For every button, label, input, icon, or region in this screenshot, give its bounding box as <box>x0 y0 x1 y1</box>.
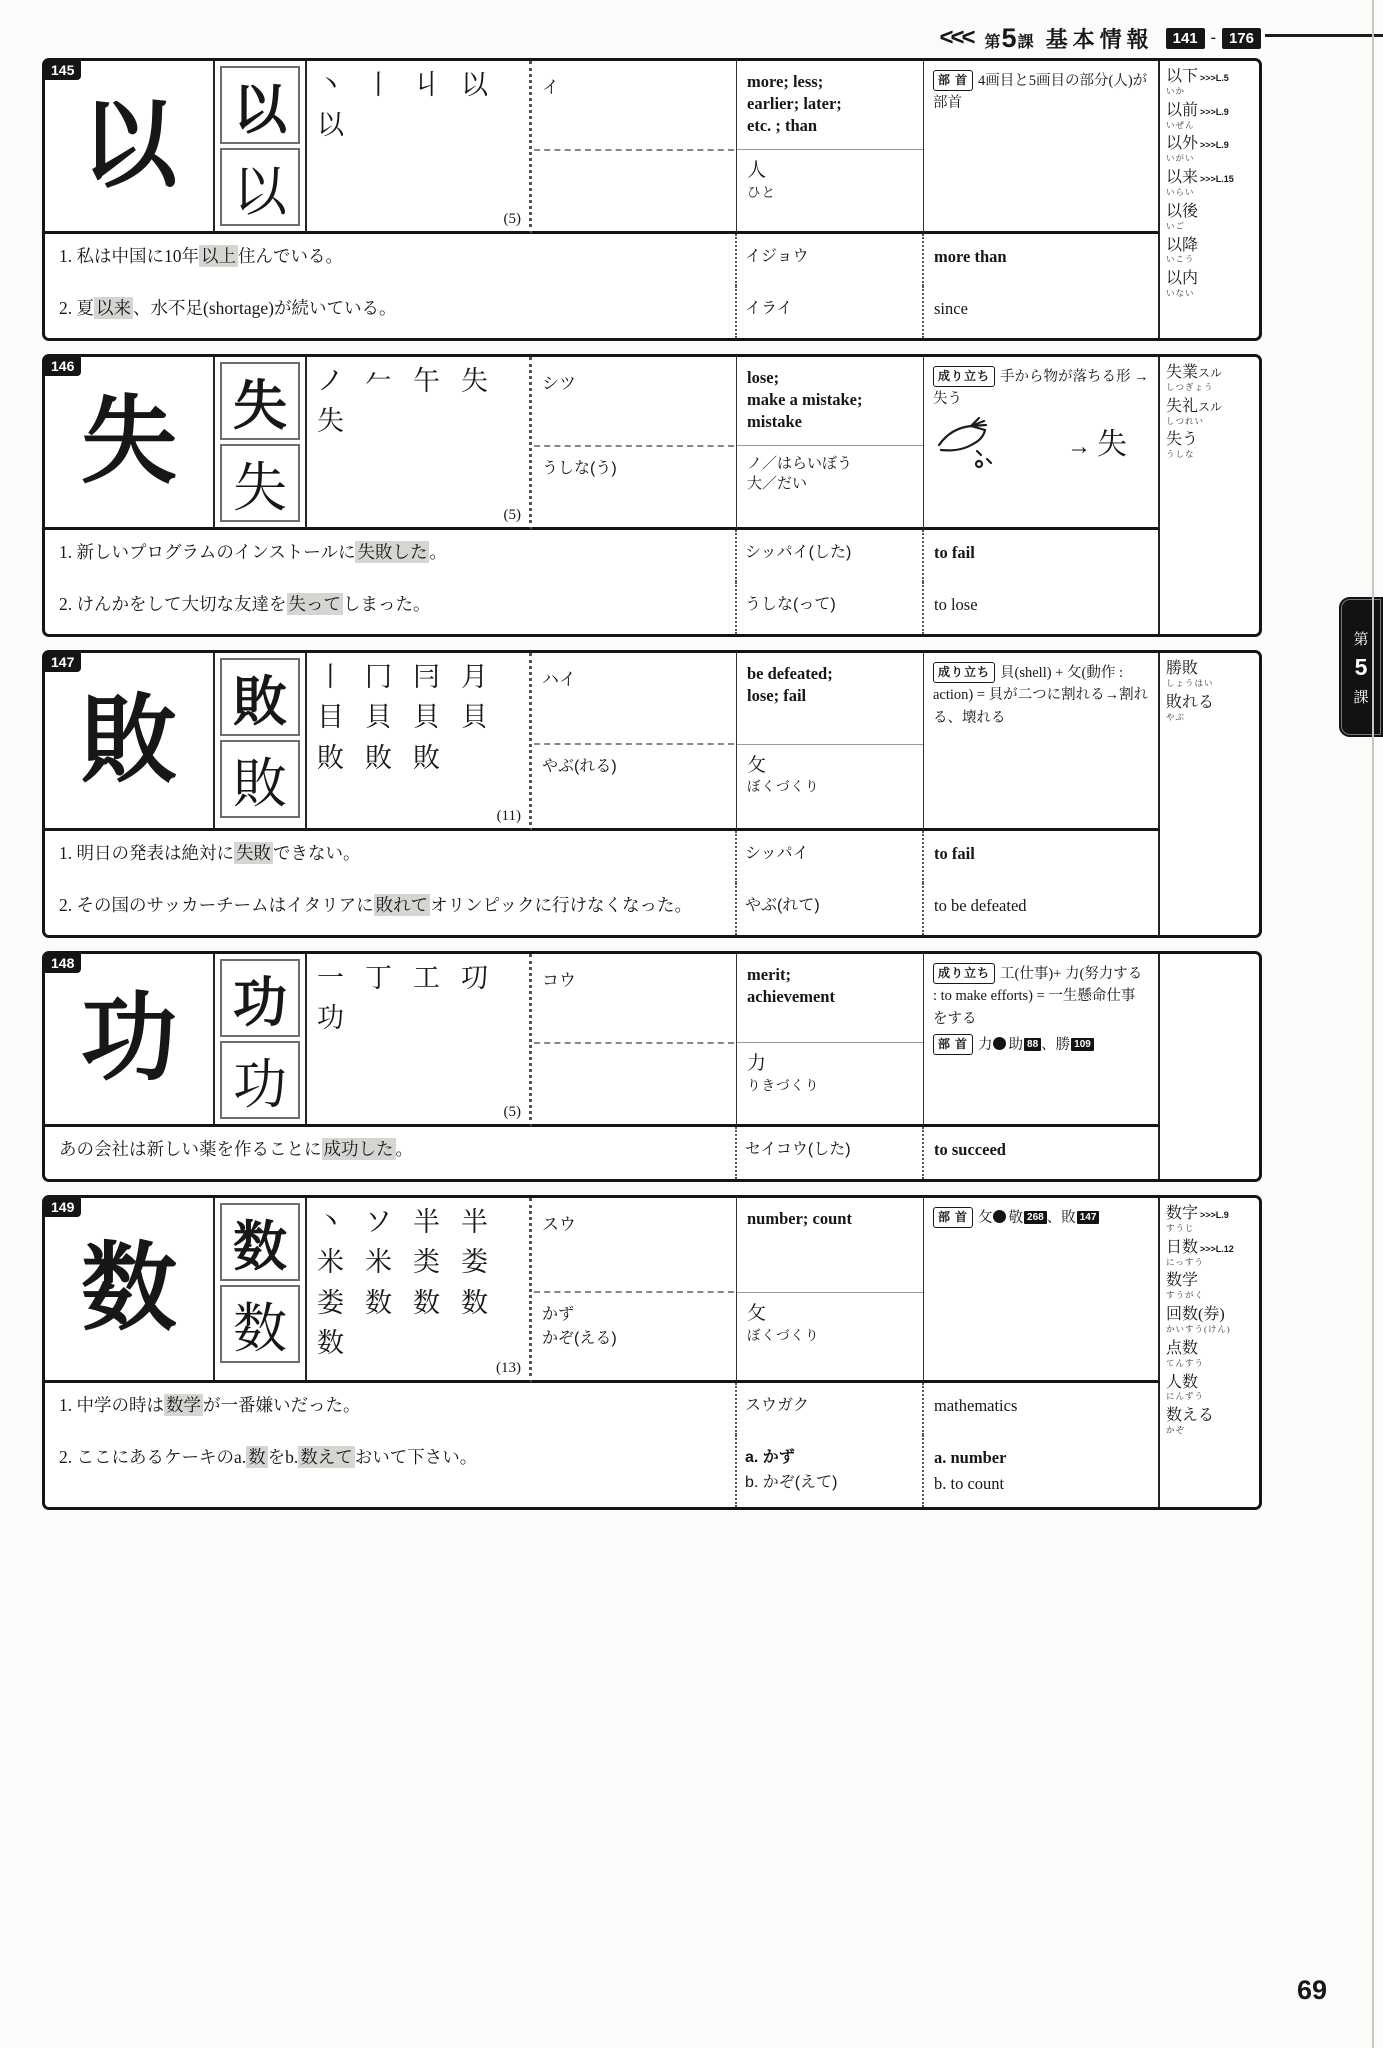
note-box: 成り立ち貝(shell) + 攵(動作 : action) = 貝が二つに割れる… <box>933 662 1149 729</box>
sentence-english: a. numberb. to count <box>924 1435 1160 1508</box>
vocab-item: 以前>>>L.9いぜん <box>1166 103 1254 130</box>
stroke-order-glyphs: 丶ソ半半米米类娄娄数数数数 <box>317 1206 525 1360</box>
meaning-text: be defeated;lose; fail <box>737 653 923 744</box>
note-label: 成り立ち <box>933 662 995 683</box>
meaning-text: number; count <box>737 1198 923 1292</box>
meaning-line: achievement <box>747 986 913 1008</box>
sentence-reading-line: うしな(って) <box>745 592 914 618</box>
sentence-reading-line: やぶ(れて) <box>745 893 914 919</box>
sentence-text: オリンピックに行けなくなった。 <box>430 895 692 915</box>
radical-info: ノ／はらいぼう大／だい <box>737 446 923 527</box>
sentence-english: since <box>924 286 1160 338</box>
vocab-item: 以後いご <box>1166 204 1254 231</box>
note-box: 成り立ち手から物が落ちる形 → 失う <box>933 366 1149 411</box>
note-box: 部 首攵敬268、敗147 <box>933 1207 1149 1229</box>
stroke-step: ソ <box>365 1206 413 1238</box>
stroke-step: 冃 <box>413 661 461 693</box>
vocab-word: 以来 <box>1166 169 1198 186</box>
kunyomi-line: やぶ(れる) <box>542 755 726 779</box>
radical-line: ぼくづくり <box>747 778 913 796</box>
meaning-text: merit;achievement <box>737 954 923 1042</box>
practice-box: 失 <box>220 362 300 440</box>
vocab-item: 失ううしな <box>1166 432 1254 459</box>
sentence-reading-line: a. かず <box>745 1445 914 1471</box>
lesson-ref: >>>L.5 <box>1200 73 1229 83</box>
sentence-reading: イライ <box>737 286 924 338</box>
note-box: 部 首力助88、勝109 <box>933 1034 1149 1056</box>
radical-line: りきづくり <box>747 1077 913 1095</box>
meaning-line: number; count <box>747 1208 913 1230</box>
lesson-suffix: 課 <box>1018 29 1034 52</box>
stroke-step: 𠂉 <box>365 365 413 397</box>
sentence-english: to be defeated <box>924 883 1160 935</box>
vocab-word: 勝敗 <box>1166 660 1198 677</box>
vocab-reading: しょうはい <box>1166 679 1254 688</box>
arrow-glyph: → <box>1067 434 1097 460</box>
related-kanji-number-badge: 268 <box>1024 1211 1047 1224</box>
stroke-order-glyphs: 丶丨丩以以 <box>317 69 525 142</box>
note-box: 部 首4画目と5画目の部分(人)が部首 <box>933 70 1149 115</box>
radical-line: ぼくづくり <box>747 1327 913 1345</box>
stroke-step: 丶 <box>317 1206 365 1238</box>
practice-column: 失失 <box>215 357 307 530</box>
vocab-item: 失業スルしつぎょう <box>1166 365 1254 392</box>
practice-column: 以以 <box>215 61 307 234</box>
sentence-text: をb. <box>268 1447 299 1467</box>
vocab-word: 点数 <box>1166 1340 1198 1357</box>
example-sentence: 1. 中学の時は数学が一番嫌いだった。 <box>45 1383 737 1435</box>
stroke-step: 米 <box>317 1246 365 1278</box>
sentence-english: mathematics <box>924 1383 1160 1435</box>
vocab-reading: にんずう <box>1166 1392 1254 1401</box>
sentence-text: 。 <box>429 542 447 562</box>
vocab-reading: いらい <box>1166 188 1254 197</box>
side-tab-char: 課 <box>1353 686 1368 707</box>
kunyomi-reading: うしな(う) <box>532 447 736 527</box>
sentence-english-line: to be defeated <box>934 893 1148 919</box>
vocab-suffix: スル <box>1198 366 1222 380</box>
vocab-word: 回数(券) <box>1166 1306 1225 1323</box>
sentence-text: 2. 夏 <box>59 298 94 318</box>
practice-column: 敗敗 <box>215 653 307 831</box>
stroke-step: 貝 <box>413 701 461 733</box>
highlighted-word: 以来 <box>94 297 133 319</box>
related-kanji-marker-icon <box>993 1037 1006 1050</box>
kanji-entry-147: 147敗敗敗丨冂冃月目貝貝貝敗敗敗(11)ハイやぶ(れる)be defeated… <box>42 650 1262 938</box>
onyomi-reading: イ <box>532 61 736 149</box>
sentence-english-line: a. number <box>934 1445 1148 1471</box>
kanji-cell: 147敗 <box>45 653 215 831</box>
meaning-line: lose; fail <box>747 685 913 707</box>
sentence-reading: セイコウ(した) <box>737 1127 924 1179</box>
stroke-order: ノ𠂉午失失(5) <box>307 357 532 530</box>
range-start-badge: 141 <box>1166 28 1205 49</box>
readings-cell: コウ <box>532 954 737 1127</box>
stroke-step: 貝 <box>365 701 413 733</box>
kanji-cell: 146失 <box>45 357 215 530</box>
sentence-text: が一番嫌いだった。 <box>203 1395 361 1415</box>
lesson-ref: >>>L.9 <box>1200 1210 1229 1220</box>
vocab-reading: にっすう <box>1166 1258 1254 1267</box>
vocab-column: 以下>>>L.5いか以前>>>L.9いぜん以外>>>L.9いがい以来>>>L.1… <box>1160 61 1260 338</box>
sentence-reading: シッパイ <box>737 831 924 883</box>
sentence-english: to succeed <box>924 1127 1160 1179</box>
main-kanji: 敗 <box>81 693 177 789</box>
note-text: 攵 <box>978 1210 993 1226</box>
header-rule <box>1265 34 1383 37</box>
vocab-item: 敗れるやぶ <box>1166 695 1254 722</box>
kanji-table: 145以以以丶丨丩以以(5)イmore; less;earlier; later… <box>42 58 1262 1523</box>
highlighted-word: 失って <box>287 593 344 615</box>
vocab-item: 以外>>>L.9いがい <box>1166 136 1254 163</box>
vocab-reading: やぶ <box>1166 713 1254 722</box>
meaning-cell: more; less;earlier; later;etc. ; than人ひと <box>737 61 924 234</box>
sentence-english-line: to succeed <box>934 1137 1148 1163</box>
sentence-english-line: to fail <box>934 540 1148 566</box>
sentence-reading-line: シッパイ(した) <box>745 540 914 566</box>
stroke-order: 一丁工㓛功(5) <box>307 954 532 1127</box>
vocab-word: 数字 <box>1166 1205 1198 1222</box>
entry-number-badge: 148 <box>44 953 81 973</box>
stroke-step: 数 <box>365 1287 413 1319</box>
stroke-step: 数 <box>317 1327 365 1359</box>
stroke-count: (5) <box>504 211 522 228</box>
sentence-english-line: mathematics <box>934 1393 1148 1419</box>
sentence-reading: スウガク <box>737 1383 924 1435</box>
related-kanji-char: 勝 <box>1056 1037 1071 1053</box>
meaning-line: lose; <box>747 367 913 389</box>
stroke-step: 工 <box>413 962 461 994</box>
sentence-reading: やぶ(れて) <box>737 883 924 935</box>
related-kanji-number-badge: 147 <box>1077 1211 1100 1224</box>
stroke-step: 敗 <box>413 742 461 774</box>
stroke-step: 午 <box>413 365 461 397</box>
vocab-reading: かぞ <box>1166 1426 1254 1435</box>
note-label: 部 首 <box>933 1034 973 1055</box>
highlighted-word: 以上 <box>199 245 238 267</box>
stroke-step: 数 <box>413 1287 461 1319</box>
etymology-note: 成り立ち手から物が落ちる形 → 失う→ 失 <box>924 357 1160 530</box>
note-box: 成り立ち工(仕事)+ 力(努力する : to make efforts) = 一… <box>933 963 1149 1030</box>
kanji-cell: 149数 <box>45 1198 215 1383</box>
onyomi-reading: スウ <box>532 1198 736 1291</box>
entry-number-badge: 147 <box>44 652 81 672</box>
note-text: 力 <box>978 1037 993 1053</box>
lesson-side-tab[interactable]: 第 5 課 <box>1339 597 1383 737</box>
vocab-column <box>1160 954 1260 1179</box>
vocab-item: 勝敗しょうはい <box>1166 661 1254 688</box>
readings-cell: イ <box>532 61 737 234</box>
stroke-step: 一 <box>317 962 365 994</box>
stroke-step: 以 <box>461 69 509 101</box>
sentence-reading: シッパイ(した) <box>737 530 924 582</box>
meaning-line: be defeated; <box>747 663 913 685</box>
kanji-entry-148: 148功功功一丁工㓛功(5)コウmerit;achievement力りきづくり成… <box>42 951 1262 1182</box>
vocab-word: 数学 <box>1166 1272 1198 1289</box>
sentence-text: しまった。 <box>343 594 431 614</box>
stroke-order-glyphs: ノ𠂉午失失 <box>317 365 525 438</box>
kanji-entry-146: 146失失失ノ𠂉午失失(5)シツうしな(う)lose;make a mistak… <box>42 354 1262 637</box>
vocab-reading: すうがく <box>1166 1291 1254 1300</box>
etymology-note: 成り立ち工(仕事)+ 力(努力する : to make efforts) = 一… <box>924 954 1160 1127</box>
vocab-reading: しつれい <box>1166 417 1254 426</box>
meaning-line: etc. ; than <box>747 115 913 137</box>
kanji-entry-149: 149数数数丶ソ半半米米类娄娄数数数数(13)スウかずかぞ(える)number;… <box>42 1195 1262 1510</box>
vocab-word: 失う <box>1166 431 1198 448</box>
example-sentence: 2. 夏以来、水不足(shortage)が続いている。 <box>45 286 737 338</box>
radical-info: 攵ぼくづくり <box>737 745 923 828</box>
stroke-order: 丶丨丩以以(5) <box>307 61 532 234</box>
vocab-reading: てんすう <box>1166 1359 1254 1368</box>
stroke-order: 丶ソ半半米米类娄娄数数数数(13) <box>307 1198 532 1383</box>
note-label: 成り立ち <box>933 366 995 387</box>
main-kanji: 失 <box>81 394 177 490</box>
vocab-item: 数えるかぞ <box>1166 1408 1254 1435</box>
lesson-ref: >>>L.12 <box>1200 1244 1234 1254</box>
vocab-word: 敗れる <box>1166 694 1214 711</box>
vocab-word: 以内 <box>1166 270 1198 287</box>
entry-number-badge: 145 <box>44 60 81 80</box>
readings-cell: ハイやぶ(れる) <box>532 653 737 831</box>
radical-line: 人 <box>747 158 913 184</box>
vocab-word: 日数 <box>1166 1239 1198 1256</box>
stroke-step: 半 <box>461 1206 509 1238</box>
radical-info: 人ひと <box>737 150 923 231</box>
related-kanji: 敬268 <box>1009 1210 1047 1226</box>
vocab-reading: かいすう(けん) <box>1166 1325 1254 1334</box>
onyomi-reading: ハイ <box>532 653 736 743</box>
practice-box: 以 <box>220 148 300 226</box>
main-kanji: 以 <box>81 98 177 194</box>
stroke-step: 丨 <box>317 661 365 693</box>
vocab-word: 以下 <box>1166 68 1198 85</box>
radical-info: 攵ぼくづくり <box>737 1293 923 1380</box>
sentence-reading-line: シッパイ <box>745 841 914 867</box>
stroke-step: 敗 <box>365 742 413 774</box>
practice-box: 敗 <box>220 658 300 736</box>
chevrons-icon: <<< <box>939 24 972 52</box>
sentence-reading: イジョウ <box>737 234 924 286</box>
stroke-count: (11) <box>497 808 521 825</box>
related-kanji: 勝109 <box>1056 1037 1094 1053</box>
stroke-step: 功 <box>317 1002 365 1034</box>
vocab-reading: すうじ <box>1166 1224 1254 1233</box>
meaning-cell: lose;make a mistake;mistakeノ／はらいぼう大／だい <box>737 357 924 530</box>
stroke-order-glyphs: 丨冂冃月目貝貝貝敗敗敗 <box>317 661 525 774</box>
radical-line: 力 <box>747 1051 913 1077</box>
practice-box: 敗 <box>220 740 300 818</box>
entry-number-badge: 146 <box>44 356 81 376</box>
lesson-label: 第 5 課 <box>985 23 1034 54</box>
sentence-english-line: to fail <box>934 841 1148 867</box>
example-sentence: 1. 新しいプログラムのインストールに失敗した。 <box>45 530 737 582</box>
stroke-step: 丁 <box>365 962 413 994</box>
stroke-step: 米 <box>365 1246 413 1278</box>
kunyomi-reading <box>532 1044 736 1124</box>
vocab-word: 以降 <box>1166 237 1198 254</box>
radical-line: ノ／はらいぼう <box>747 454 913 474</box>
radical-info: 力りきづくり <box>737 1043 923 1124</box>
kunyomi-line: かぞ(える) <box>542 1327 726 1351</box>
vocab-reading: しつぎょう <box>1166 383 1254 392</box>
practice-column: 功功 <box>215 954 307 1127</box>
highlighted-word: 数学 <box>164 1394 203 1416</box>
sentence-text: 1. 私は中国に10年 <box>59 246 199 266</box>
sentence-text: 1. 新しいプログラムのインストールに <box>59 542 355 562</box>
meaning-line: more; less; <box>747 71 913 93</box>
stroke-step: 失 <box>461 365 509 397</box>
stroke-step: 娄 <box>317 1287 365 1319</box>
stroke-step: 类 <box>413 1246 461 1278</box>
vocab-item: 以来>>>L.15いらい <box>1166 170 1254 197</box>
sentence-english-line: more than <box>934 244 1148 270</box>
sentence-english: to lose <box>924 582 1160 634</box>
vocab-word: 失礼 <box>1166 398 1198 415</box>
related-kanji-char: 敬 <box>1009 1210 1024 1226</box>
etymology-note: 部 首4画目と5画目の部分(人)が部首 <box>924 61 1160 234</box>
sentence-text: おいて下さい。 <box>355 1447 478 1467</box>
highlighted-word: 敗れて <box>374 894 431 916</box>
kunyomi-reading: かずかぞ(える) <box>532 1293 736 1379</box>
readings-cell: シツうしな(う) <box>532 357 737 530</box>
vocab-word: 以前 <box>1166 102 1198 119</box>
kunyomi-reading <box>532 151 736 231</box>
lesson-ref: >>>L.9 <box>1200 140 1229 150</box>
etymology-note: 部 首攵敬268、敗147 <box>924 1198 1160 1383</box>
related-kanji-marker-icon <box>993 1210 1006 1223</box>
practice-box: 数 <box>220 1285 300 1363</box>
vocab-reading: いこう <box>1166 255 1254 264</box>
related-kanji: 敗147 <box>1061 1210 1099 1226</box>
sentence-text: できない。 <box>273 843 361 863</box>
etymology-note: 成り立ち貝(shell) + 攵(動作 : action) = 貝が二つに割れる… <box>924 653 1160 831</box>
lesson-prefix: 第 <box>985 29 1001 52</box>
onyomi-reading: シツ <box>532 357 736 445</box>
side-tab-number: 5 <box>1355 654 1368 681</box>
vocab-word: 人数 <box>1166 1374 1198 1391</box>
page-edge-line <box>1372 0 1374 2048</box>
meaning-cell: merit;achievement力りきづくり <box>737 954 924 1127</box>
highlighted-word: 成功した <box>322 1138 396 1160</box>
meaning-text: more; less;earlier; later;etc. ; than <box>737 61 923 149</box>
example-sentence: 2. ここにあるケーキのa.数をb.数えておいて下さい。 <box>45 1435 737 1508</box>
vocab-reading: うしな <box>1166 450 1254 459</box>
stroke-order-glyphs: 一丁工㓛功 <box>317 962 525 1035</box>
vocab-column: 失業スルしつぎょう失礼スルしつれい失ううしな <box>1160 357 1260 634</box>
vocab-reading: いがい <box>1166 154 1254 163</box>
sentence-reading-line: イジョウ <box>745 244 914 270</box>
lesson-ref: >>>L.15 <box>1200 174 1234 184</box>
sentence-reading-line: b. かぞ(えて) <box>745 1470 914 1496</box>
kunyomi-reading: やぶ(れる) <box>532 745 736 828</box>
practice-box: 功 <box>220 1041 300 1119</box>
radical-line: ひと <box>747 184 913 202</box>
stroke-step: 目 <box>317 701 365 733</box>
meaning-line: earlier; later; <box>747 93 913 115</box>
section-title: 基本情報 <box>1046 23 1154 54</box>
sentence-english-line: to lose <box>934 592 1148 618</box>
vocab-suffix: スル <box>1198 400 1222 414</box>
related-kanji-number-badge: 109 <box>1071 1038 1094 1051</box>
stroke-order: 丨冂冃月目貝貝貝敗敗敗(11) <box>307 653 532 831</box>
kanji-cell: 145以 <box>45 61 215 234</box>
sentence-english: more than <box>924 234 1160 286</box>
vocab-item: 以下>>>L.5いか <box>1166 69 1254 96</box>
sentence-reading-line: スウガク <box>745 1393 914 1419</box>
note-label: 部 首 <box>933 70 973 91</box>
related-kanji: 助88 <box>1009 1037 1042 1053</box>
meaning-text: lose;make a mistake;mistake <box>737 357 923 445</box>
meaning-cell: be defeated;lose; fail攵ぼくづくり <box>737 653 924 831</box>
sentence-text: 2. その国のサッカーチームはイタリアに <box>59 895 374 915</box>
page-header: <<< 第 5 課 基本情報 141 - 176 <box>0 0 1383 64</box>
example-sentence: 1. 私は中国に10年以上住んでいる。 <box>45 234 737 286</box>
sentence-text: 1. 明日の発表は絶対に <box>59 843 234 863</box>
highlighted-word: 失敗した <box>355 541 429 563</box>
note-label: 部 首 <box>933 1207 973 1228</box>
stroke-step: 貝 <box>461 701 509 733</box>
radical-line: 攵 <box>747 1301 913 1327</box>
stroke-step: 敗 <box>317 742 365 774</box>
example-sentence: 1. 明日の発表は絶対に失敗できない。 <box>45 831 737 883</box>
stroke-step: 㓛 <box>461 962 509 994</box>
vocab-item: 人数にんずう <box>1166 1375 1254 1402</box>
vocab-word: 失業 <box>1166 364 1198 381</box>
note-label: 成り立ち <box>933 963 995 984</box>
practice-box: 数 <box>220 1203 300 1281</box>
stroke-step: 冂 <box>365 661 413 693</box>
vocab-item: 以降いこう <box>1166 238 1254 265</box>
kanji-cell: 148功 <box>45 954 215 1127</box>
related-kanji-char: 敗 <box>1061 1210 1076 1226</box>
sentence-text: 、水不足(shortage)が続いている。 <box>133 298 396 318</box>
sentence-text: 住んでいる。 <box>238 246 343 266</box>
stroke-step: 丶 <box>317 69 365 101</box>
stroke-count: (13) <box>496 1360 521 1377</box>
vocab-item: 回数(券)かいすう(けん) <box>1166 1307 1254 1334</box>
range-end-badge: 176 <box>1222 28 1261 49</box>
sentence-text: 2. けんかをして大切な友達を <box>59 594 287 614</box>
range-dash: - <box>1211 29 1216 47</box>
lesson-number: 5 <box>1002 23 1017 54</box>
meaning-line: merit; <box>747 964 913 986</box>
vocab-column: 数字>>>L.9すうじ日数>>>L.12にっすう数学すうがく回数(券)かいすう(… <box>1160 1198 1260 1507</box>
etymology-illustration: → 失 <box>933 415 1149 476</box>
page-number: 69 <box>1297 1975 1327 2006</box>
sentence-reading: うしな(って) <box>737 582 924 634</box>
sentence-reading-line: セイコウ(した) <box>745 1137 914 1163</box>
vocab-item: 数字>>>L.9すうじ <box>1166 1206 1254 1233</box>
highlighted-word: 数えて <box>298 1446 355 1468</box>
example-sentence: 2. けんかをして大切な友達を失ってしまった。 <box>45 582 737 634</box>
kanji-entry-145: 145以以以丶丨丩以以(5)イmore; less;earlier; later… <box>42 58 1262 341</box>
vocab-reading: いご <box>1166 222 1254 231</box>
illustration-caption: → 失 <box>1067 422 1127 469</box>
stroke-step: 月 <box>461 661 509 693</box>
vocab-item: 日数>>>L.12にっすう <box>1166 1240 1254 1267</box>
separator: 、 <box>1047 1210 1062 1226</box>
readings-cell: スウかずかぞ(える) <box>532 1198 737 1383</box>
stroke-step: ノ <box>317 365 365 397</box>
meaning-line: make a mistake; <box>747 389 913 411</box>
stroke-step: 娄 <box>461 1246 509 1278</box>
meaning-line: mistake <box>747 411 913 433</box>
radical-line: 攵 <box>747 753 913 779</box>
textbook-page: { "page": { "header": { "chevrons": "<<<… <box>0 0 1383 2048</box>
hand-sketch-icon <box>933 415 1061 476</box>
vocab-item: 数学すうがく <box>1166 1273 1254 1300</box>
stroke-step: 数 <box>461 1287 509 1319</box>
